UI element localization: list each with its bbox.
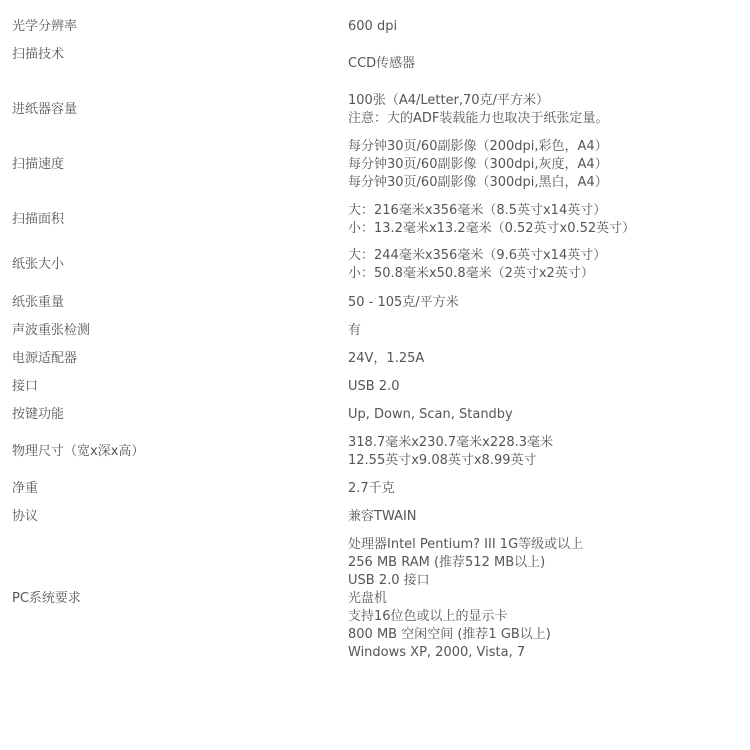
spec-value-line: 注意：大的ADF装载能力也取决于纸张定量。 bbox=[348, 110, 608, 128]
spec-row-optical-resolution: 光学分辨率 600 dpi bbox=[0, 18, 750, 36]
spec-value-line: 100张（A4/Letter,70克/平方米） bbox=[348, 92, 608, 110]
spec-row-button-functions: 按键功能 Up, Down, Scan, Standby bbox=[0, 406, 750, 424]
spec-row-paper-size: 纸张大小 大：244毫米x356毫米（9.6英寸x14英寸） 小：50.8毫米x… bbox=[0, 247, 750, 283]
spec-label: 协议 bbox=[12, 508, 38, 526]
spec-value-line: 318.7毫米x230.7毫米x228.3毫米 bbox=[348, 434, 553, 452]
spec-value-line: 每分钟30页/60副影像（300dpi,黑白，A4） bbox=[348, 174, 608, 192]
spec-value: 50 - 105克/平方米 bbox=[348, 294, 459, 312]
spec-row-feeder-capacity: 进纸器容量 100张（A4/Letter,70克/平方米） 注意：大的ADF装载… bbox=[0, 92, 750, 128]
spec-value: 100张（A4/Letter,70克/平方米） 注意：大的ADF装载能力也取决于… bbox=[348, 92, 608, 128]
spec-value-line: 600 dpi bbox=[348, 18, 397, 36]
spec-row-pc-requirements: PC系统要求 处理器Intel Pentium? III 1G等级或以上 256… bbox=[0, 536, 750, 662]
spec-value: 318.7毫米x230.7毫米x228.3毫米 12.55英寸x9.08英寸x8… bbox=[348, 434, 553, 470]
spec-value-line: 800 MB 空闲空间 (推荐1 GB以上) bbox=[348, 626, 583, 644]
spec-value: 处理器Intel Pentium? III 1G等级或以上 256 MB RAM… bbox=[348, 536, 583, 662]
spec-value: 2.7千克 bbox=[348, 480, 395, 498]
spec-label: 纸张重量 bbox=[12, 294, 64, 312]
spec-value: USB 2.0 bbox=[348, 378, 400, 396]
spec-value-line: 每分钟30页/60副影像（300dpi,灰度，A4） bbox=[348, 156, 608, 174]
spec-value-line: 256 MB RAM (推荐512 MB以上) bbox=[348, 554, 583, 572]
spec-value-line: 小：50.8毫米x50.8毫米（2英寸x2英寸） bbox=[348, 265, 606, 283]
spec-label: 纸张大小 bbox=[12, 256, 64, 274]
spec-value: 24V，1.25A bbox=[348, 350, 424, 368]
spec-value-line: 每分钟30页/60副影像（200dpi,彩色，A4） bbox=[348, 138, 608, 156]
spec-value: Up, Down, Scan, Standby bbox=[348, 406, 513, 424]
spec-value: CCD传感器 bbox=[348, 55, 415, 73]
spec-row-scan-speed: 扫描速度 每分钟30页/60副影像（200dpi,彩色，A4） 每分钟30页/6… bbox=[0, 138, 750, 192]
spec-value: 大：244毫米x356毫米（9.6英寸x14英寸） 小：50.8毫米x50.8毫… bbox=[348, 247, 606, 283]
spec-value-line: 兼容TWAIN bbox=[348, 508, 417, 526]
spec-row-power-adapter: 电源适配器 24V，1.25A bbox=[0, 350, 750, 368]
spec-label: 电源适配器 bbox=[12, 350, 77, 368]
spec-value-line: 小：13.2毫米x13.2毫米（0.52英寸x0.52英寸） bbox=[348, 220, 635, 238]
spec-row-dimensions: 物理尺寸（宽x深x高） 318.7毫米x230.7毫米x228.3毫米 12.5… bbox=[0, 434, 750, 470]
spec-row-scan-area: 扫描面积 大：216毫米x356毫米（8.5英寸x14英寸） 小：13.2毫米x… bbox=[0, 202, 750, 238]
spec-value-line: 光盘机 bbox=[348, 590, 583, 608]
spec-label: 按键功能 bbox=[12, 406, 64, 424]
spec-label: 光学分辨率 bbox=[12, 18, 77, 36]
spec-value-line: USB 2.0 bbox=[348, 378, 400, 396]
spec-label: 声波重张检测 bbox=[12, 322, 90, 340]
spec-value: 每分钟30页/60副影像（200dpi,彩色，A4） 每分钟30页/60副影像（… bbox=[348, 138, 608, 192]
spec-value: 600 dpi bbox=[348, 18, 397, 36]
spec-label: 进纸器容量 bbox=[12, 101, 77, 119]
spec-value-line: 24V，1.25A bbox=[348, 350, 424, 368]
spec-value-line: Windows XP, 2000, Vista, 7 bbox=[348, 644, 583, 662]
spec-value-line: Up, Down, Scan, Standby bbox=[348, 406, 513, 424]
spec-value-line: CCD传感器 bbox=[348, 55, 415, 73]
spec-row-paper-weight: 纸张重量 50 - 105克/平方米 bbox=[0, 294, 750, 312]
spec-value-line: USB 2.0 接口 bbox=[348, 572, 583, 590]
spec-value-line: 有 bbox=[348, 322, 361, 340]
spec-value-line: 大：216毫米x356毫米（8.5英寸x14英寸） bbox=[348, 202, 635, 220]
spec-row-net-weight: 净重 2.7千克 bbox=[0, 480, 750, 498]
spec-value-line: 50 - 105克/平方米 bbox=[348, 294, 459, 312]
spec-value-line: 2.7千克 bbox=[348, 480, 395, 498]
spec-row-protocol: 协议 兼容TWAIN bbox=[0, 508, 750, 526]
spec-value: 兼容TWAIN bbox=[348, 508, 417, 526]
spec-value-line: 大：244毫米x356毫米（9.6英寸x14英寸） bbox=[348, 247, 606, 265]
spec-label: 扫描速度 bbox=[12, 156, 64, 174]
spec-value-line: 处理器Intel Pentium? III 1G等级或以上 bbox=[348, 536, 583, 554]
spec-label: 接口 bbox=[12, 378, 38, 396]
spec-row-interface: 接口 USB 2.0 bbox=[0, 378, 750, 396]
spec-label: 扫描技术 bbox=[12, 46, 64, 64]
spec-value-line: 支持16位色或以上的显示卡 bbox=[348, 608, 583, 626]
spec-label: 净重 bbox=[12, 480, 38, 498]
spec-label: 物理尺寸（宽x深x高） bbox=[12, 443, 144, 461]
spec-value: 大：216毫米x356毫米（8.5英寸x14英寸） 小：13.2毫米x13.2毫… bbox=[348, 202, 635, 238]
spec-label: 扫描面积 bbox=[12, 211, 64, 229]
spec-label: PC系统要求 bbox=[12, 590, 81, 608]
spec-row-ultrasonic-double-feed: 声波重张检测 有 bbox=[0, 322, 750, 340]
spec-value: 有 bbox=[348, 322, 361, 340]
spec-value-line: 12.55英寸x9.08英寸x8.99英寸 bbox=[348, 452, 553, 470]
spec-row-scan-technology: 扫描技术 CCD传感器 bbox=[0, 46, 750, 82]
